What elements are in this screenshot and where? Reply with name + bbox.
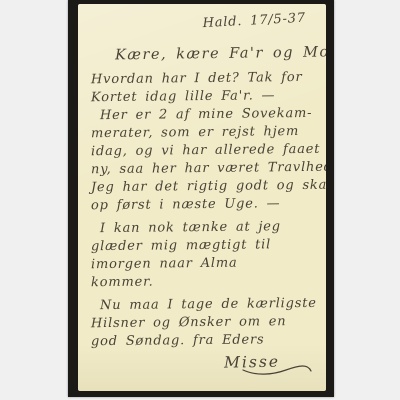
letter-line: Hvordan har I det? Tak for xyxy=(91,69,318,89)
letter-line: god Søndag. fra Eders xyxy=(91,331,318,351)
letter-line: I kan nok tænke at jeg xyxy=(100,218,318,238)
letter-photo[interactable]: Hald. 17/5-37 Kære, kære Fa'r og Mor! Hv… xyxy=(68,0,334,397)
letter-dateline: Hald. 17/5-37 xyxy=(91,10,318,37)
letter-line: idag, og vi har allerede faaet xyxy=(91,141,318,161)
letter-line: Kortet idag lille Fa'r. — xyxy=(91,87,318,107)
letter-line: Nu maa I tage de kærligste xyxy=(100,295,318,315)
letter-line: ny, saa her har været Travlhed. xyxy=(91,159,318,179)
letter-line: Jeg har det rigtig godt og skal xyxy=(91,177,318,197)
signature-flourish xyxy=(242,363,312,377)
letter-line: glæder mig mægtigt til xyxy=(91,236,318,256)
page-background: Hald. 17/5-37 Kære, kære Fa'r og Mor! Hv… xyxy=(0,0,400,400)
letter-line: kommer. xyxy=(91,272,318,292)
letter-line: Her er 2 af mine Sovekam- xyxy=(100,105,318,125)
letter-line: merater, som er rejst hjem xyxy=(91,123,318,143)
letter-line: op først i næste Uge. — xyxy=(91,195,318,215)
letter-salutation: Kære, kære Fa'r og Mor! xyxy=(115,45,318,64)
letter-line: imorgen naar Alma xyxy=(91,254,318,274)
handwritten-postcard: Hald. 17/5-37 Kære, kære Fa'r og Mor! Hv… xyxy=(78,4,326,391)
letter-line: Hilsner og Ønsker om en xyxy=(91,313,318,333)
